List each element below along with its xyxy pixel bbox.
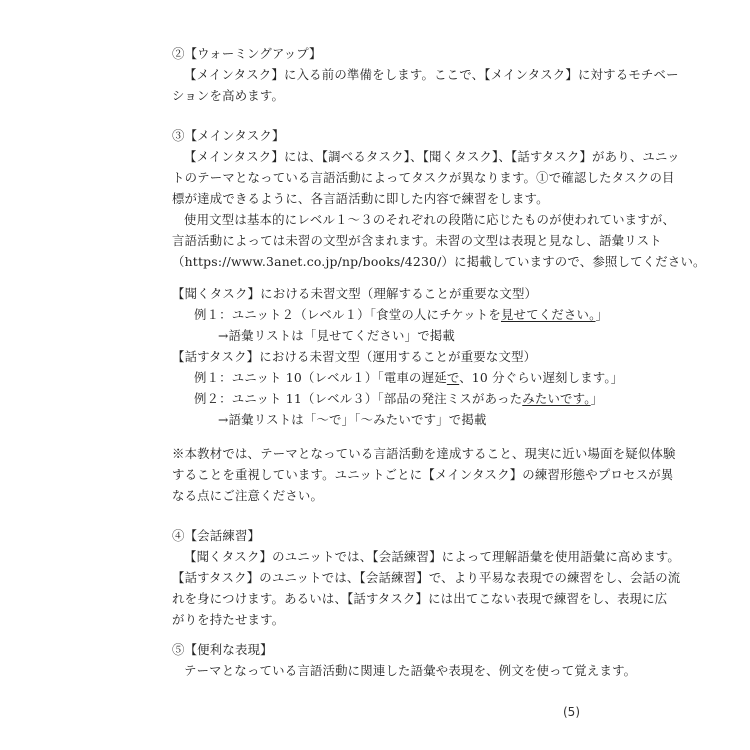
section-heading-warmup: ②【ウォーミングアップ】 (172, 44, 322, 64)
remark-line: なる点にご注意ください。 (172, 486, 323, 506)
section-heading-main-task: ③【メインタスク】 (172, 126, 285, 146)
paragraph-line: 【話すタスク】のユニットでは、【会話練習】で、より平易な表現での練習をし、会話の… (172, 568, 680, 588)
speaking-heading: 【話すタスク】における未習文型（運用することが重要な文型） (172, 347, 536, 367)
paragraph-line: 【聞くタスク】のユニットでは、【会話練習】によって理解語彙を使用語彙に高めます。 (184, 547, 680, 567)
listening-note: →語彙リストは「見せてください」で掲載 (218, 326, 455, 346)
speaking-example-2: 例２：ユニット 11（レベル３）「部品の発注ミスがあったみたいです。」 (194, 389, 603, 409)
listening-example-1: 例１：ユニット２（レベル１）「食堂の人にチケットを見せてください。」 (194, 305, 608, 325)
section-heading-useful: ⑤【便利な表現】 (172, 640, 273, 660)
paragraph-line: ションを高めます。 (172, 86, 284, 106)
section-heading-conversation: ④【会話練習】 (172, 526, 260, 546)
listening-heading: 【聞くタスク】における未習文型（理解することが重要な文型） (172, 284, 537, 304)
page-number: (5) (563, 705, 580, 719)
paragraph-line: 【メインタスク】に入る前の準備をします。ここで、【メインタスク】に対するモチベー (184, 65, 679, 85)
paragraph-line: 【メインタスク】には、【調べるタスク】、【聞くタスク】、【話すタスク】があり、ユ… (184, 147, 680, 167)
underlined-expression: 見せてください。 (501, 307, 596, 322)
paragraph-line: （https://www.3anet.co.jp/np/books/4230/）… (172, 252, 706, 272)
speaking-note: →語彙リストは「～で」「～みたいです」で掲載 (218, 410, 487, 430)
remark-line: ※本教材では、テーマとなっている言語活動を達成すること、現実に近い場面を疑似体験 (172, 444, 676, 464)
paragraph-line: 言語活動によっては未習の文型が含まれます。未習の文型は表現と見なし、語彙リスト (172, 231, 662, 251)
paragraph-line: 標が達成できるように、各言語活動に即した内容で練習をします。 (172, 189, 549, 209)
remark-line: することを重視しています。ユニットごとに【メインタスク】の練習形態やプロセスが異 (172, 465, 673, 485)
underlined-expression: で (447, 370, 459, 385)
paragraph-line: がりを持たせます。 (172, 610, 284, 630)
paragraph-line: テーマとなっている言語活動に関連した語彙や表現を、例文を使って覚えます。 (184, 661, 636, 681)
paragraph-line: 使用文型は基本的にレベル１～３のそれぞれの段階に応じたものが使われていますが、 (184, 210, 675, 230)
paragraph-line: トのテーマとなっている言語活動によってタスクが異なります。①で確認したタスクの目 (172, 168, 675, 188)
speaking-example-1: 例１：ユニット 10（レベル１）「電車の遅延で、10 分ぐらい遅刻します。」 (194, 368, 623, 388)
underlined-expression: みたいです。 (522, 391, 590, 406)
paragraph-line: れを身につけます。あるいは、【話すタスク】には出てこない表現で練習をし、表現に広 (172, 589, 667, 609)
